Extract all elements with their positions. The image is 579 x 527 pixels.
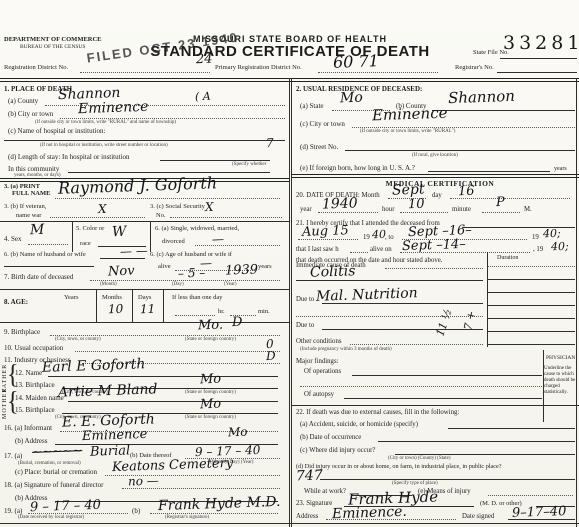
birthplace-label: 9. Birthplace bbox=[4, 328, 40, 336]
divider bbox=[576, 78, 577, 527]
while-at-work-label: While at work? bbox=[304, 488, 346, 495]
burial-struck-word: ~~~~~ bbox=[32, 443, 83, 459]
month-note: (Month) bbox=[100, 282, 117, 287]
underline-cause-note: Underline the cause to which death shoul… bbox=[544, 366, 577, 396]
line bbox=[350, 344, 483, 345]
line bbox=[500, 58, 577, 59]
line bbox=[432, 110, 575, 111]
death-m-label: M. bbox=[524, 206, 532, 213]
birthplace-note2: (State or foreign country) bbox=[185, 337, 236, 342]
line bbox=[300, 386, 542, 387]
line bbox=[395, 454, 575, 455]
line bbox=[488, 344, 575, 345]
father-birthplace-value: Mo bbox=[200, 372, 222, 388]
line bbox=[488, 279, 575, 280]
color-race-value: W bbox=[112, 224, 127, 240]
line bbox=[488, 305, 575, 306]
line bbox=[122, 488, 280, 489]
marital-label1: 6. (a) Single, widowed, married, bbox=[155, 225, 239, 232]
father-birthplace-note2: (State or foreign country) bbox=[185, 390, 236, 395]
sex-value: M bbox=[30, 222, 45, 238]
primary-district-value: 60 71 bbox=[333, 51, 379, 72]
last-saw-label: that I last saw h bbox=[296, 246, 339, 253]
birthplace-note1: (City, town, or county) bbox=[55, 337, 101, 342]
line bbox=[400, 252, 530, 253]
birthdate-day-value: – 5 – bbox=[178, 266, 206, 281]
age-months-value: 10 bbox=[108, 302, 124, 317]
line bbox=[385, 268, 483, 269]
registration-district-label: Registration District No. bbox=[4, 64, 68, 71]
veteran-label1: 3. (b) If veteran, bbox=[4, 203, 46, 210]
line bbox=[68, 172, 270, 173]
line bbox=[326, 519, 456, 520]
divider bbox=[96, 290, 97, 322]
line bbox=[497, 72, 577, 73]
divider bbox=[0, 322, 289, 323]
mother-maiden-name-label: 14. Maiden name bbox=[15, 394, 64, 402]
birthplace-ditto-mark: D bbox=[232, 315, 243, 330]
burial-value: Burial bbox=[90, 443, 131, 459]
death-minute-label: minute bbox=[452, 206, 471, 213]
due-to-1-label: Due to bbox=[296, 296, 314, 303]
line bbox=[4, 266, 94, 267]
birthdate-label: 7. Birth date of deceased bbox=[4, 273, 73, 281]
residence-state-value: Mo bbox=[340, 90, 363, 107]
of-operations-label: Of operations bbox=[304, 368, 341, 375]
bureau-of-census: BUREAU OF THE CENSUS bbox=[20, 44, 85, 50]
line bbox=[482, 212, 520, 213]
stay-note: (Specify whether bbox=[232, 162, 266, 167]
age-label: 8. AGE: bbox=[4, 298, 28, 306]
funeral-director-value: no — bbox=[128, 473, 159, 488]
line bbox=[345, 150, 575, 151]
handwritten-747: 747 bbox=[296, 468, 323, 485]
sex-label: 4. Sex bbox=[4, 235, 22, 243]
foreign-born-label: (e) If foreign born, how long in U. S. A… bbox=[300, 164, 415, 172]
line bbox=[100, 258, 145, 259]
external-causes-label: 22. If death was due to external causes,… bbox=[296, 409, 459, 416]
city-note: (If outside city or town limits, write "… bbox=[35, 120, 176, 125]
alive-on-label: alive on bbox=[370, 246, 392, 253]
dept-of-commerce: DEPARTMENT OF COMMERCE bbox=[4, 36, 102, 43]
marital-label2: divorced bbox=[162, 238, 185, 245]
line bbox=[448, 428, 575, 429]
informant-address-state: Mo bbox=[228, 425, 248, 440]
father-name-value: Earl E Goforth bbox=[42, 356, 146, 376]
deceased-full-name: Raymond J. Goforth bbox=[58, 173, 218, 198]
due-to-1-value: Mal. Nutrition bbox=[316, 285, 418, 305]
city-value: Eminence bbox=[78, 99, 149, 117]
death-minute-value: P bbox=[496, 195, 505, 210]
age-days-value: 11 bbox=[140, 302, 156, 317]
line bbox=[55, 198, 280, 199]
registrar-signature-label: (b) bbox=[132, 507, 140, 515]
specify-place-note: (Specify type of place) bbox=[392, 481, 438, 486]
father-name-label: 12. Name bbox=[15, 369, 42, 377]
divider bbox=[163, 290, 164, 322]
physician-address-label: Address bbox=[296, 513, 318, 520]
other-conditions-note: (Include pregnancy within 3 months of de… bbox=[300, 347, 392, 352]
mother-birthplace-label: 15. Birthplace bbox=[15, 406, 55, 414]
accident-suicide-label: (a) Accident, suicide, or homicide (spec… bbox=[300, 421, 418, 428]
to-label: , to bbox=[385, 234, 394, 241]
due-to-2-label: Due to bbox=[296, 322, 314, 329]
line bbox=[488, 318, 575, 319]
death-day-value: 16 bbox=[458, 184, 475, 200]
line bbox=[175, 315, 215, 316]
age-years-header: Years bbox=[64, 294, 79, 301]
line bbox=[80, 72, 210, 73]
line bbox=[50, 217, 145, 218]
line bbox=[298, 239, 358, 240]
divider bbox=[0, 523, 579, 524]
year-note: (Year) bbox=[224, 282, 237, 287]
mother-birthplace-note2: (State or foreign country) bbox=[185, 415, 236, 420]
divider bbox=[291, 405, 579, 406]
residence-state-label: (a) State bbox=[300, 102, 324, 110]
print-name-label2: FULL NAME bbox=[12, 190, 50, 197]
line bbox=[50, 335, 280, 336]
line bbox=[488, 331, 575, 332]
spouse-age-unit: years bbox=[258, 263, 272, 270]
informant-address-value: Eminence bbox=[82, 427, 148, 444]
medical-certification-title: MEDICAL CERTIFICATION bbox=[340, 179, 540, 188]
line bbox=[296, 316, 483, 317]
duration-header: Duration bbox=[497, 255, 518, 261]
mother-maiden-name-value: Artie M Bland bbox=[58, 381, 158, 400]
line bbox=[352, 375, 542, 376]
age-less-than-day-header: If less than one day bbox=[172, 294, 223, 301]
color-label1: 5. Color or bbox=[76, 225, 104, 232]
line bbox=[350, 252, 368, 253]
printed-19a: 19 bbox=[363, 234, 370, 241]
date-of-occurrence-label: (b) Date of occurrence bbox=[300, 434, 361, 441]
stamp-handwritten-number: 24 bbox=[196, 52, 213, 68]
line bbox=[320, 479, 575, 480]
where-injury-label: (c) Where did injury occur? bbox=[300, 447, 375, 454]
age-days-header: Days bbox=[138, 294, 151, 301]
print-name-label1: 3. (a) PRINT bbox=[4, 183, 40, 190]
spouse-label: 6. (b) Name of husband or wife bbox=[4, 251, 86, 258]
duration-hw-1: 11 ½ bbox=[434, 307, 455, 338]
line bbox=[150, 513, 278, 514]
physician-label: PHYSICIAN bbox=[546, 355, 575, 361]
primary-registration-district-label: Primary Registration District No. bbox=[215, 64, 302, 71]
divider bbox=[291, 174, 579, 178]
spouse-value: — — bbox=[120, 244, 148, 259]
line bbox=[195, 245, 280, 246]
line bbox=[508, 519, 575, 520]
occupation-label: 10. Usual occupation bbox=[4, 344, 63, 352]
city-label: (b) City or town bbox=[8, 110, 53, 118]
line bbox=[488, 495, 573, 496]
hospital-note: (If not in hospital or institution, writ… bbox=[40, 143, 168, 148]
line bbox=[400, 212, 448, 213]
line bbox=[352, 127, 575, 128]
line bbox=[75, 351, 280, 352]
spouse-age-label2: alive bbox=[158, 263, 171, 270]
ssn-value: X bbox=[205, 200, 214, 214]
ssn-label2: No. bbox=[156, 212, 166, 219]
age-hr-label: hr. bbox=[218, 308, 225, 315]
physician-signature-label: 23. Signature bbox=[296, 500, 332, 507]
major-findings-label: Major findings: bbox=[296, 358, 338, 365]
birthdate-year-value: 1939 bbox=[225, 262, 259, 278]
divider bbox=[150, 222, 151, 252]
spouse-age-label1: 6. (c) Age of husband or wife if bbox=[150, 251, 232, 258]
state-file-number: 33281 bbox=[503, 32, 579, 54]
line bbox=[318, 212, 378, 213]
line bbox=[160, 160, 270, 161]
county-label: (a) County bbox=[8, 97, 38, 105]
county-extra-mark: ( A bbox=[195, 90, 211, 104]
street-note: (If rural, give location) bbox=[412, 153, 458, 158]
age-months-header: Months bbox=[102, 294, 122, 301]
line bbox=[60, 118, 285, 119]
burial-place-value: Keatons Cemetery bbox=[112, 456, 234, 475]
ssn-label1: 3. (c) Social Security bbox=[150, 203, 205, 210]
line bbox=[68, 401, 278, 402]
divider bbox=[72, 222, 73, 252]
residence-county-value: Shannon bbox=[448, 87, 515, 107]
informant-label: 16. (a) Informant bbox=[4, 424, 52, 432]
printed-19c: , 19 bbox=[533, 246, 543, 253]
residence-city-note: (If outside city or town limits, write "… bbox=[360, 129, 455, 134]
mother-birthplace-value: Mo bbox=[200, 397, 222, 413]
residence-city-label: (c) City or town bbox=[300, 120, 345, 128]
seen-year-value: 40; bbox=[551, 240, 569, 254]
line bbox=[450, 198, 570, 199]
divider bbox=[0, 289, 289, 290]
line bbox=[318, 72, 438, 73]
line bbox=[48, 376, 278, 377]
line bbox=[488, 292, 575, 293]
line bbox=[28, 244, 68, 245]
burial-label: 17. (a) bbox=[4, 452, 22, 460]
line bbox=[378, 441, 575, 442]
divider bbox=[289, 78, 290, 527]
death-year-value: 1940 bbox=[322, 195, 358, 212]
birthplace-value: Mo. bbox=[198, 318, 224, 334]
veteran-label2: name war bbox=[16, 212, 41, 219]
foreign-born-unit: years bbox=[554, 166, 567, 172]
burial-note: (Burial, cremation, or removal) bbox=[18, 461, 81, 466]
line bbox=[322, 329, 483, 330]
length-of-stay-label: (d) Length of stay: In hospital or insti… bbox=[8, 153, 130, 161]
line bbox=[28, 513, 128, 514]
day-note: (Day) bbox=[172, 282, 184, 287]
attended-from-value: Aug 15 bbox=[302, 223, 349, 240]
divider bbox=[132, 290, 133, 322]
color-label2: race bbox=[80, 240, 91, 247]
to-year-value: 40; bbox=[543, 227, 561, 241]
injury-place-type-label: (d) Did injury occur in or about home, o… bbox=[296, 463, 502, 470]
line bbox=[344, 398, 542, 399]
line bbox=[428, 171, 550, 172]
line bbox=[488, 266, 575, 267]
burial-place-label: (c) Place: burial or cremation bbox=[15, 468, 97, 476]
death-year-label: year bbox=[300, 206, 312, 213]
other-conditions-label: Other conditions bbox=[296, 338, 342, 345]
industry-value: D bbox=[266, 349, 276, 363]
registrar-received-label: 19. (a) bbox=[4, 507, 22, 515]
line bbox=[170, 217, 282, 218]
registrar-signature-note: (Registrar's signature) bbox=[165, 515, 209, 520]
line bbox=[4, 140, 285, 141]
death-certificate-scan: DEPARTMENT OF COMMERCE BUREAU OF THE CEN… bbox=[0, 0, 579, 527]
death-hour-label: hour bbox=[382, 206, 394, 213]
divider bbox=[291, 78, 292, 527]
registrar-signature-value: Frank Hyde M.D. bbox=[158, 494, 281, 514]
age-min-label: min. bbox=[258, 308, 270, 315]
father-birthplace-label: 13. Birthplace bbox=[15, 381, 55, 389]
hospital-hw-mark: 7 bbox=[266, 136, 274, 150]
immediate-cause-value: Colitis bbox=[310, 263, 356, 281]
registrar-no-label: Registrar's No. bbox=[455, 64, 494, 71]
community-label: In this community bbox=[8, 165, 59, 173]
street-no-label: (d) Street No. bbox=[300, 143, 338, 151]
death-day-label: day bbox=[432, 192, 442, 199]
where-injury-note: (City or town) (County) (State) bbox=[388, 456, 451, 461]
registrar-received-note: (Date received by local registrar) bbox=[18, 515, 84, 520]
funeral-director-label: 18. (a) Signature of funeral director bbox=[4, 481, 104, 489]
hospital-label: (c) Name of hospital or institution: bbox=[8, 127, 105, 135]
line bbox=[90, 280, 280, 281]
printed-19b: 19 bbox=[532, 234, 539, 241]
line bbox=[296, 280, 483, 281]
residence-city-value: Eminence bbox=[372, 104, 448, 125]
veteran-value: X bbox=[98, 202, 107, 216]
of-autopsy-label: Of autopsy bbox=[304, 391, 334, 398]
line bbox=[322, 303, 483, 304]
date-signed-label: Date signed bbox=[462, 513, 494, 520]
death-hour-value: 10 bbox=[408, 197, 425, 213]
birthdate-month-value: Nov bbox=[108, 264, 135, 280]
